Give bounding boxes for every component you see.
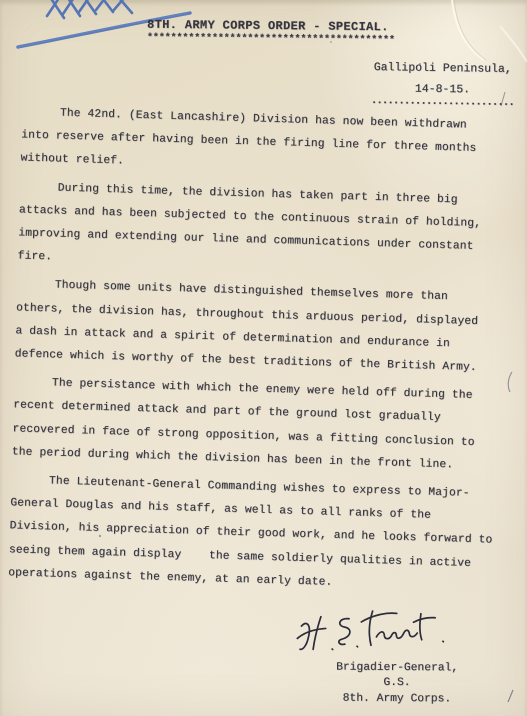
- paragraph: Though some units have distinguished the…: [14, 274, 508, 381]
- place-line: Gallipoli Peninsula,: [371, 61, 514, 76]
- signature-block: Brigadier-General, G.S. 8th. Army Corps.: [324, 660, 470, 707]
- title-underline: ****************************************…: [147, 34, 395, 46]
- order-body: The 42nd. (East Lancashire) Division has…: [8, 101, 513, 604]
- paragraph: During this time, the division has taken…: [17, 176, 511, 283]
- corps-line: 8th. Army Corps.: [324, 691, 470, 707]
- paragraph: The Lieutenant-General Commanding wishes…: [8, 469, 502, 600]
- gs-line: G.S.: [324, 676, 470, 692]
- rank-line: Brigadier-General,: [324, 660, 470, 676]
- date-dotted-rule: ..........................: [371, 98, 514, 107]
- order-title: 8TH. ARMY CORPS ORDER - SPECIAL.: [147, 18, 395, 35]
- paragraph: The 42nd. (East Lancashire) Division has…: [20, 101, 513, 185]
- paragraph: The persistance with which the enemy wer…: [11, 372, 505, 479]
- dateline-block: Gallipoli Peninsula, 14-8-15. ..........…: [371, 61, 515, 107]
- signature-handwritten: [290, 601, 460, 661]
- order-header: 8TH. ARMY CORPS ORDER - SPECIAL. *******…: [147, 18, 395, 46]
- document-page: 8TH. ARMY CORPS ORDER - SPECIAL. *******…: [0, 0, 527, 716]
